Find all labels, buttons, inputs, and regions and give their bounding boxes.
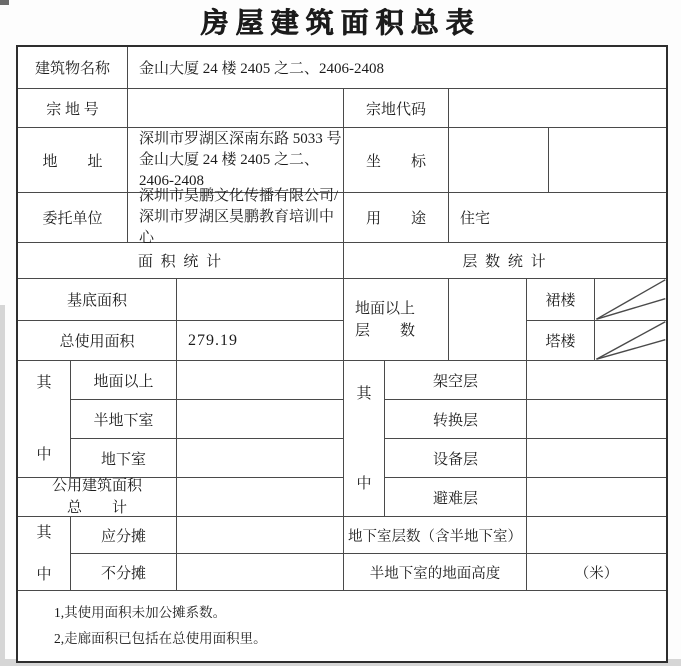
usage-value: 住宅: [449, 193, 666, 243]
refuge-floor-label: 避难层: [385, 478, 527, 517]
semi-basement-height-unit: （米）: [527, 554, 666, 591]
unshared-area-label: 不分摊: [71, 554, 177, 591]
base-area-label: 基底面积: [18, 279, 177, 321]
base-area-value: [177, 279, 344, 321]
shared-area-label: 应分摊: [71, 517, 177, 554]
parcel-no-label: 宗 地 号: [18, 89, 128, 128]
basement-area-value: [177, 439, 344, 478]
footnote-1: 1,其使用面积未加公摊系数。: [54, 600, 226, 626]
floor-stats-header: 层 数 统 计: [344, 243, 666, 279]
transfer-floor-value: [527, 400, 666, 439]
parcel-code-value: [449, 89, 666, 128]
above-ground-area-value: [177, 361, 344, 400]
page-title: 房屋建筑面积总表: [0, 1, 681, 41]
address-value: 深圳市罗湖区深南东路 5033 号 金山大厦 24 楼 2405 之二、 240…: [128, 128, 344, 193]
equipment-floor-label: 设备层: [385, 439, 527, 478]
building-name-value: 金山大厦 24 楼 2405 之二、2406-2408: [128, 47, 666, 89]
coordinates-value-1: [449, 128, 549, 193]
building-name-label: 建筑物名称: [18, 47, 128, 89]
basement-floors-value: [527, 517, 666, 554]
floor-breakdown-label: 其中: [344, 361, 385, 517]
basement-floors-label: 地下室层数（含半地下室）: [344, 517, 527, 554]
area-stats-header: 面 积 统 计: [18, 243, 344, 279]
area-summary-table: 建筑物名称 金山大厦 24 楼 2405 之二、2406-2408 宗 地 号 …: [16, 45, 668, 663]
total-usable-area-value: 279.19: [177, 321, 344, 361]
address-label: 地 址: [18, 128, 128, 193]
semi-basement-area-value: [177, 400, 344, 439]
tower-label: 塔楼: [527, 321, 595, 361]
refuge-floor-value: [527, 478, 666, 517]
above-ground-area-label: 地面以上: [71, 361, 177, 400]
stilt-floor-value: [527, 361, 666, 400]
footnote-2: 2,走廊面积已包括在总使用面积里。: [54, 626, 267, 652]
share-breakdown-label-text: 其中: [36, 512, 53, 596]
area-breakdown-label-text: 其中: [36, 347, 53, 491]
podium-label: 裙楼: [527, 279, 595, 321]
diagonal-slash-icon: [595, 321, 666, 360]
parcel-no-value: [128, 89, 344, 128]
footnotes: 1,其使用面积未加公摊系数。 2,走廊面积已包括在总使用面积里。: [18, 591, 666, 661]
area-breakdown-label: 其中: [18, 361, 71, 478]
share-breakdown-label: 其中: [18, 517, 71, 591]
usage-label: 用 途: [344, 193, 449, 243]
above-ground-floors-value: [449, 279, 527, 361]
scan-edge-left: [0, 305, 5, 666]
coordinates-value-2: [549, 128, 666, 193]
equipment-floor-value: [527, 439, 666, 478]
client-value: 深圳市昊鹏文化传播有限公司/ 深圳市罗湖区昊鹏教育培训中 心: [128, 193, 344, 243]
public-area-total-value: [177, 478, 344, 517]
coordinates-label: 坐 标: [344, 128, 449, 193]
transfer-floor-label: 转换层: [385, 400, 527, 439]
stilt-floor-label: 架空层: [385, 361, 527, 400]
tower-slash-cell: [595, 321, 666, 361]
diagonal-slash-icon: [595, 279, 666, 320]
client-label: 委托单位: [18, 193, 128, 243]
semi-basement-area-label: 半地下室: [71, 400, 177, 439]
shared-area-value: [177, 517, 344, 554]
basement-area-label: 地下室: [71, 439, 177, 478]
floor-breakdown-label-text: 其中: [356, 349, 373, 529]
podium-slash-cell: [595, 279, 666, 321]
unshared-area-value: [177, 554, 344, 591]
parcel-code-label: 宗地代码: [344, 89, 449, 128]
semi-basement-height-label: 半地下室的地面高度: [344, 554, 527, 591]
